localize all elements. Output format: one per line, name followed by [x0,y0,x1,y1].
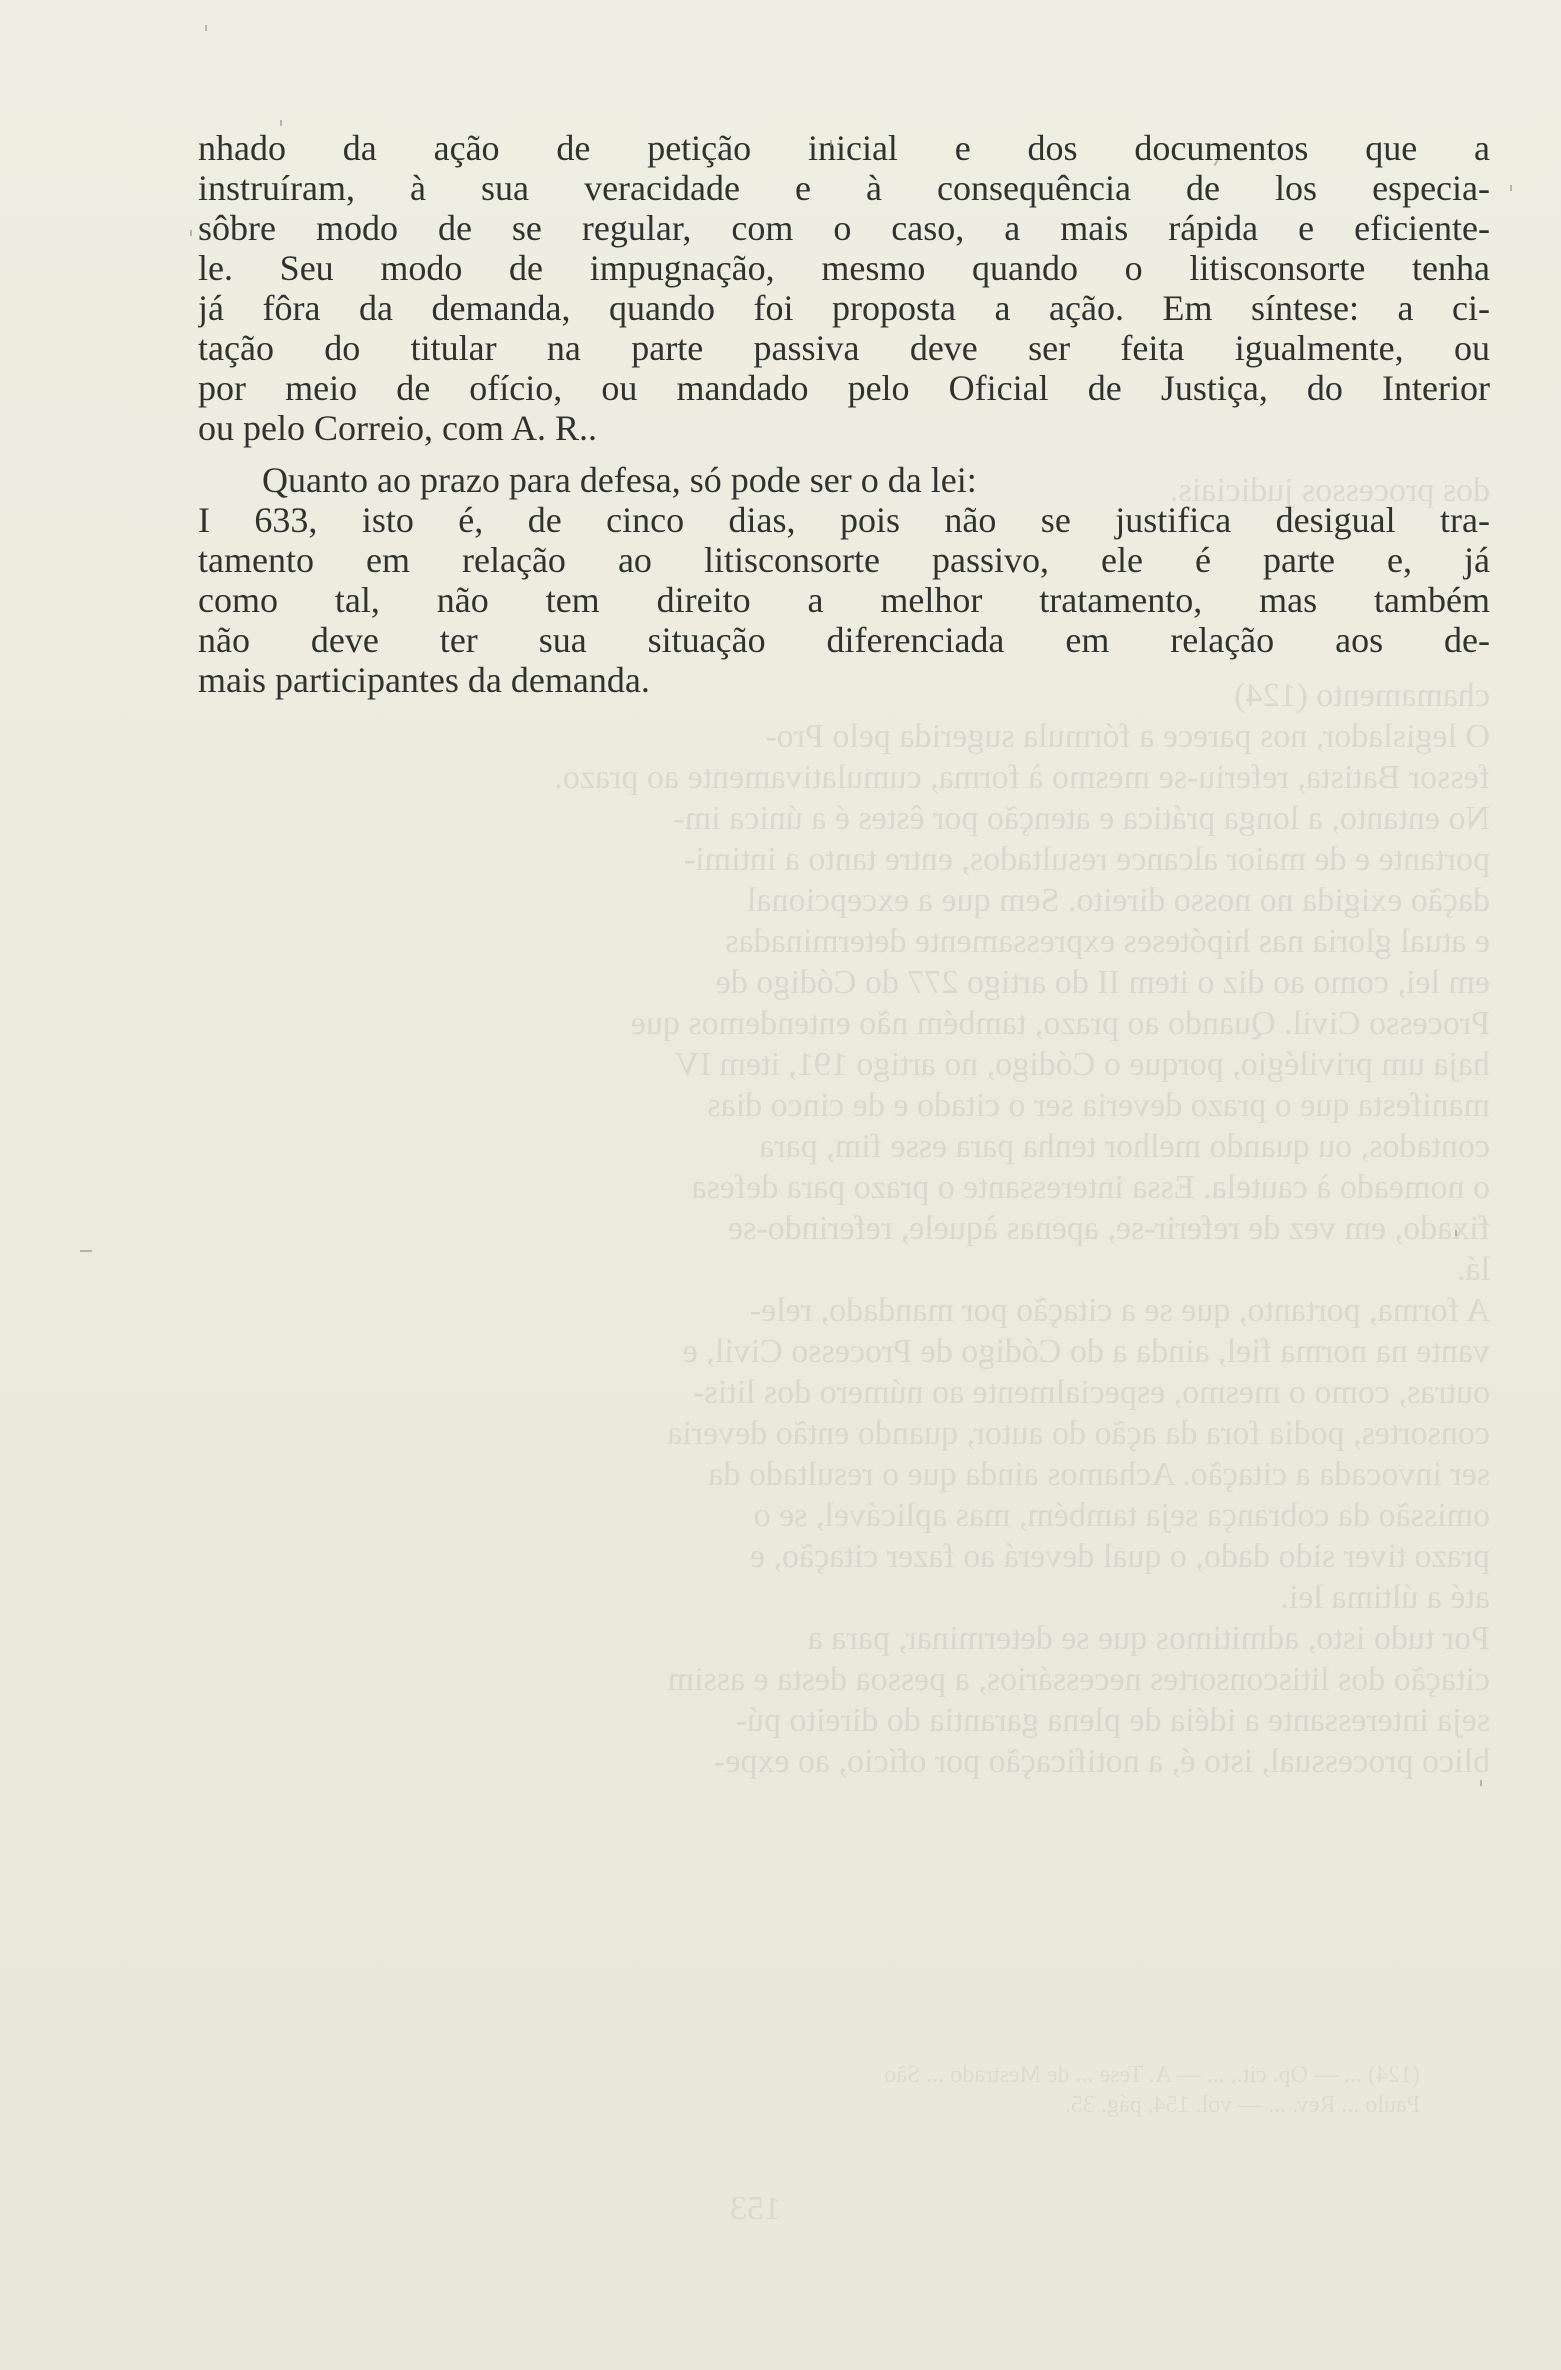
paragraph-1: nhado da ação de petição inicial e dos d… [198,128,1490,448]
bleed-line: omissão da cobrança seja também, mas apl… [200,1495,1490,1536]
bleed-through-footnote: (124) ... — Op. cit., ... — A. Tese ... … [220,2060,1420,2120]
bleed-through-page-number: 153 [730,2190,781,2228]
bleed-line: haja um privilégio, porque o Código, no … [200,1044,1490,1085]
bleed-line: em lei, como ao diz o item II do artigo … [200,962,1490,1003]
bleed-line: prazo tiver sido dado, o qual deverá ao … [200,1536,1490,1577]
bleed-line: blico processual, isto é, a notificação … [200,1741,1490,1782]
bleed-line: No entanto, a longa prática e atenção po… [200,798,1490,839]
bleed-line: citação dos litisconsortes necessários, … [200,1659,1490,1700]
scan-speck [1455,1230,1457,1236]
bleed-line: dação exigida no nosso direito. Sem que … [200,880,1490,921]
bleed-line: lá. [200,1249,1490,1290]
bleed-line: fessor Batista, referiu-se mesmo à forma… [200,757,1490,798]
bleed-footnote-line: Paulo ... Rev. ... — vol. 154, pág. 35. [220,2090,1420,2120]
bleed-line: manifesta que o prazo deveria ser o cita… [200,1085,1490,1126]
text-line: nhado da ação de petição inicial e dos d… [198,128,1490,168]
scan-speck [1480,1780,1482,1786]
scan-speck [190,230,192,236]
text-line: como tal, não tem direito a melhor trata… [198,580,1490,620]
text-line: instruíram, à sua veracidade e à consequ… [198,168,1490,208]
scan-speck [205,25,207,31]
text-line: le. Seu modo de impugnação, mesmo quando… [198,248,1490,288]
bleed-line: outras, como o mesmo, especialmente ao n… [200,1372,1490,1413]
paragraph-spacer [198,448,1490,460]
text-line: Quanto ao prazo para defesa, só pode ser… [198,460,1490,500]
bleed-line: fixado, em vez de referir-se, apenas àqu… [200,1208,1490,1249]
bleed-line: seja interessante a idéia de plena garan… [200,1700,1490,1741]
paragraph-2: Quanto ao prazo para defesa, só pode ser… [198,460,1490,700]
scan-speck [830,140,832,146]
scanned-page: dos processos judiciais. chamamento (124… [0,0,1561,2370]
bleed-line: A forma, portanto, que se a citação por … [200,1290,1490,1331]
text-line: tamento em relação ao litisconsorte pass… [198,540,1490,580]
scan-speck [80,1250,92,1252]
bleed-line: até a última lei. [200,1577,1490,1618]
body-text: nhado da ação de petição inicial e dos d… [198,128,1490,700]
text-line: não deve ter sua situação diferenciada e… [198,620,1490,660]
scan-speck [1510,185,1512,191]
text-line: I 633, isto é, de cinco dias, pois não s… [198,500,1490,540]
bleed-footnote-line: (124) ... — Op. cit., ... — A. Tese ... … [220,2060,1420,2090]
bleed-line: e atual gloria nas hipóteses expressamen… [200,921,1490,962]
text-line: tação do titular na parte passiva deve s… [198,328,1490,368]
bleed-line: Por tudo isto, admitimos que se determin… [200,1618,1490,1659]
text-line: por meio de ofício, ou mandado pelo Ofic… [198,368,1490,408]
bleed-line: portante e de maior alcance resultados, … [200,839,1490,880]
bleed-line: ser invocada a citação. Achamos ainda qu… [200,1454,1490,1495]
bleed-line: vante na norma fiel, ainda a do Código d… [200,1331,1490,1372]
bleed-line: o nomeado à cautela. Essa interessante o… [200,1167,1490,1208]
text-line: ou pelo Correio, com A. R.. [198,408,1490,448]
text-line: sôbre modo de se regular, com o caso, a … [198,208,1490,248]
bleed-line: consortes, podia fora da ação do autor, … [200,1413,1490,1454]
bleed-line: contados, ou quando melhor tenha para es… [200,1126,1490,1167]
bleed-line: Processo Civil. Quando ao prazo, também … [200,1003,1490,1044]
text-line: já fôra da demanda, quando foi proposta … [198,288,1490,328]
scan-speck [280,120,282,126]
text-line: mais participantes da demanda. [198,660,1490,700]
bleed-line: O legislador, nos parece a fórmula suger… [200,716,1490,757]
